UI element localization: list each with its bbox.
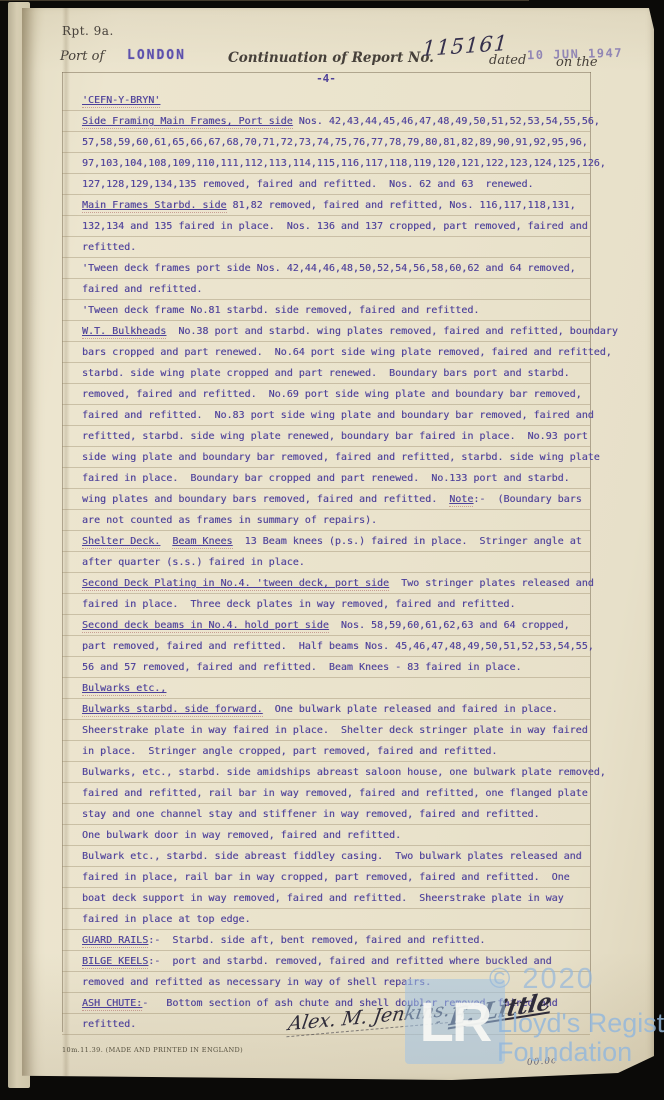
report-line: after quarter (s.s.) faired in place. [62, 552, 590, 573]
report-heading-segment: Beam Knees [172, 536, 232, 549]
report-line: Side Framing Main Frames, Port side Nos.… [62, 111, 590, 132]
report-heading-segment: GUARD RAILS [82, 935, 148, 948]
report-line: W.T. Bulkheads No.38 port and starbd. wi… [62, 321, 590, 342]
report-text-segment: removed and refitted as necessary in way… [82, 977, 431, 988]
report-line: 97,103,104,108,109,110,111,112,113,114,1… [62, 153, 590, 174]
report-text-segment: 132,134 and 135 faired in place. Nos. 13… [82, 221, 588, 232]
report-text-segment: 127,128,129,134,135 removed, faired and … [82, 179, 534, 190]
report-line: boat deck support in way removed, faired… [62, 888, 590, 909]
report-line: faired in place at top edge. [62, 909, 590, 930]
report-body-lines: 'CEFN-Y-BRYN'Side Framing Main Frames, P… [62, 90, 590, 1035]
report-heading-segment: 'CEFN-Y-BRYN' [82, 95, 160, 108]
report-line: in place. Stringer angle cropped, part r… [62, 741, 590, 762]
report-line: side wing plate and boundary bar removed… [62, 447, 590, 468]
report-text-segment: faired and refitted. [82, 284, 202, 295]
report-text-segment: side wing plate and boundary bar removed… [82, 452, 600, 463]
report-text-segment: refitted, starbd. side wing plate renewe… [82, 431, 588, 442]
report-line: Bulwark etc., starbd. side abreast fiddl… [62, 846, 590, 867]
printer-imprint: 10m.11.39. (MADE AND PRINTED IN ENGLAND) [62, 1046, 243, 1054]
report-heading-segment: Bulwarks etc., [82, 683, 166, 696]
report-heading-segment: BILGE KEELS [82, 956, 148, 969]
report-line: 'CEFN-Y-BRYN' [62, 90, 590, 111]
report-line: refitted, starbd. side wing plate renewe… [62, 426, 590, 447]
report-line: faired in place, rail bar in way cropped… [62, 867, 590, 888]
report-line: faired in place. Boundary bar cropped an… [62, 468, 590, 489]
report-text-segment: Sheerstrake plate in way faired in place… [82, 725, 588, 736]
report-line: Second deck beams in No.4. hold port sid… [62, 615, 590, 636]
report-text-segment: boat deck support in way removed, faired… [82, 893, 564, 904]
report-line: Second Deck Plating in No.4. 'tween deck… [62, 573, 590, 594]
report-text-segment: No.38 port and starbd. wing plates remov… [166, 326, 618, 337]
report-line: GUARD RAILS:- Starbd. side aft, bent rem… [62, 930, 590, 951]
port-stamp: LONDON [127, 48, 186, 63]
report-line: 127,128,129,134,135 removed, faired and … [62, 174, 590, 195]
report-text-segment: :- Starbd. side aft, bent removed, faire… [148, 935, 485, 946]
report-line: bars cropped and part renewed. No.64 por… [62, 342, 590, 363]
report-line: faired and refitted. No.83 port side win… [62, 405, 590, 426]
report-line: Bulwarks starbd. side forward. One bulwa… [62, 699, 590, 720]
report-line: One bulwark door in way removed, faired … [62, 825, 590, 846]
report-heading-segment: ASH CHUTE: [82, 998, 142, 1011]
report-text-segment: faired and refitted. No.83 port side win… [82, 410, 594, 421]
report-text-segment: faired in place. Three deck plates in wa… [82, 599, 515, 610]
report-heading-segment: Second deck beams in No.4. hold port sid… [82, 620, 329, 633]
on-the-label: on the [556, 55, 598, 70]
report-text-segment [160, 536, 172, 547]
report-line: are not counted as frames in summary of … [62, 510, 590, 531]
report-text-segment: after quarter (s.s.) faired in place. [82, 557, 305, 568]
report-text-segment: are not counted as frames in summary of … [82, 515, 377, 526]
report-text-segment: removed, faired and refitted. No.69 port… [82, 389, 582, 400]
page-number: -4- [62, 72, 590, 85]
report-heading-segment: Second Deck Plating in No.4. 'tween deck… [82, 578, 389, 591]
report-line: Sheerstrake plate in way faired in place… [62, 720, 590, 741]
report-heading-segment: Bulwarks starbd. side forward. [82, 704, 263, 717]
report-line: BILGE KEELS:- port and starbd. removed, … [62, 951, 590, 972]
report-text-segment: bars cropped and part renewed. No.64 por… [82, 347, 612, 358]
report-line: refitted. [62, 237, 590, 258]
report-line: 57,58,59,60,61,65,66,67,68,70,71,72,73,7… [62, 132, 590, 153]
report-text-segment: 81,82 removed, faired and refitted, Nos.… [227, 200, 576, 211]
port-of-label: Port of [60, 49, 104, 64]
report-text-segment: 13 Beam knees (p.s.) faired in place. St… [233, 536, 582, 547]
report-text-segment: refitted. [82, 1019, 136, 1030]
dated-label: dated [489, 53, 526, 68]
report-text-segment: One bulwark plate released and faired in… [263, 704, 558, 715]
report-line: 132,134 and 135 faired in place. Nos. 13… [62, 216, 590, 237]
report-text-segment: :- (Boundary bars [473, 494, 581, 505]
report-line: Shelter Deck. Beam Knees 13 Beam knees (… [62, 531, 590, 552]
report-heading-segment: Shelter Deck. [82, 536, 160, 549]
report-text-segment: wing plates and boundary bars removed, f… [82, 494, 449, 505]
report-text-segment: faired in place. Boundary bar cropped an… [82, 473, 570, 484]
report-line: Bulwarks etc., [62, 678, 590, 699]
continuation-label: Continuation of Report No. [228, 50, 434, 66]
report-line: wing plates and boundary bars removed, f… [62, 489, 590, 510]
report-line: 'Tween deck frames port side Nos. 42,44,… [62, 258, 590, 279]
report-heading-segment: Side Framing Main Frames, Port side [82, 116, 293, 129]
report-text-segment: in place. Stringer angle cropped, part r… [82, 746, 497, 757]
report-line: starbd. side wing plate cropped and part… [62, 363, 590, 384]
report-text-segment: Bulwarks, etc., starbd. side amidships a… [82, 767, 606, 778]
report-text-segment: part removed, faired and refitted. Half … [82, 641, 594, 652]
report-text-segment: :- port and starbd. removed, faired and … [148, 956, 551, 967]
report-text-segment: 56 and 57 removed, faired and refitted. … [82, 662, 522, 673]
report-text-segment: 'Tween deck frame No.81 starbd. side rem… [82, 305, 479, 316]
report-text-segment: refitted. [82, 242, 136, 253]
report-line: removed, faired and refitted. No.69 port… [62, 384, 590, 405]
report-text-segment: starbd. side wing plate cropped and part… [82, 368, 570, 379]
report-text-segment: faired in place, rail bar in way cropped… [82, 872, 570, 883]
report-line: removed and refitted as necessary in way… [62, 972, 590, 993]
report-line: faired and refitted, rail bar in way rem… [62, 783, 590, 804]
report-heading-segment: Main Frames Starbd. side [82, 200, 227, 213]
report-line: stay and one channel stay and stiffener … [62, 804, 590, 825]
report-line: faired and refitted. [62, 279, 590, 300]
report-line: 56 and 57 removed, faired and refitted. … [62, 657, 590, 678]
report-heading-segment: Note [449, 494, 473, 507]
report-text-segment: Two stringer plates released and [389, 578, 594, 589]
report-line: part removed, faired and refitted. Half … [62, 636, 590, 657]
scanned-report-page: Rpt. 9a. Port of LONDON Continuation of … [0, 0, 664, 1100]
pencil-mark: 00.0c [527, 1056, 558, 1068]
box-border-right [590, 72, 591, 1032]
form-code: Rpt. 9a. [62, 24, 114, 38]
report-text-segment: Bulwark etc., starbd. side abreast fiddl… [82, 851, 582, 862]
report-text-segment: One bulwark door in way removed, faired … [82, 830, 401, 841]
report-text-segment: 97,103,104,108,109,110,111,112,113,114,1… [82, 158, 606, 169]
report-text-segment: 57,58,59,60,61,65,66,67,68,70,71,72,73,7… [82, 137, 588, 148]
report-text-segment: faired and refitted, rail bar in way rem… [82, 788, 588, 799]
report-text-segment: 'Tween deck frames port side Nos. 42,44,… [82, 263, 576, 274]
report-line: 'Tween deck frame No.81 starbd. side rem… [62, 300, 590, 321]
report-text-segment: stay and one channel stay and stiffener … [82, 809, 540, 820]
report-line: Main Frames Starbd. side 81,82 removed, … [62, 195, 590, 216]
report-heading-segment: W.T. Bulkheads [82, 326, 166, 339]
report-text-segment: Nos. 42,43,44,45,46,47,48,49,50,51,52,53… [293, 116, 600, 127]
header-rule [0, 0, 529, 1]
report-line: faired in place. Three deck plates in wa… [62, 594, 590, 615]
report-text-segment: faired in place at top edge. [82, 914, 251, 925]
report-text-segment: Nos. 58,59,60,61,62,63 and 64 cropped, [329, 620, 570, 631]
report-line: Bulwarks, etc., starbd. side amidships a… [62, 762, 590, 783]
